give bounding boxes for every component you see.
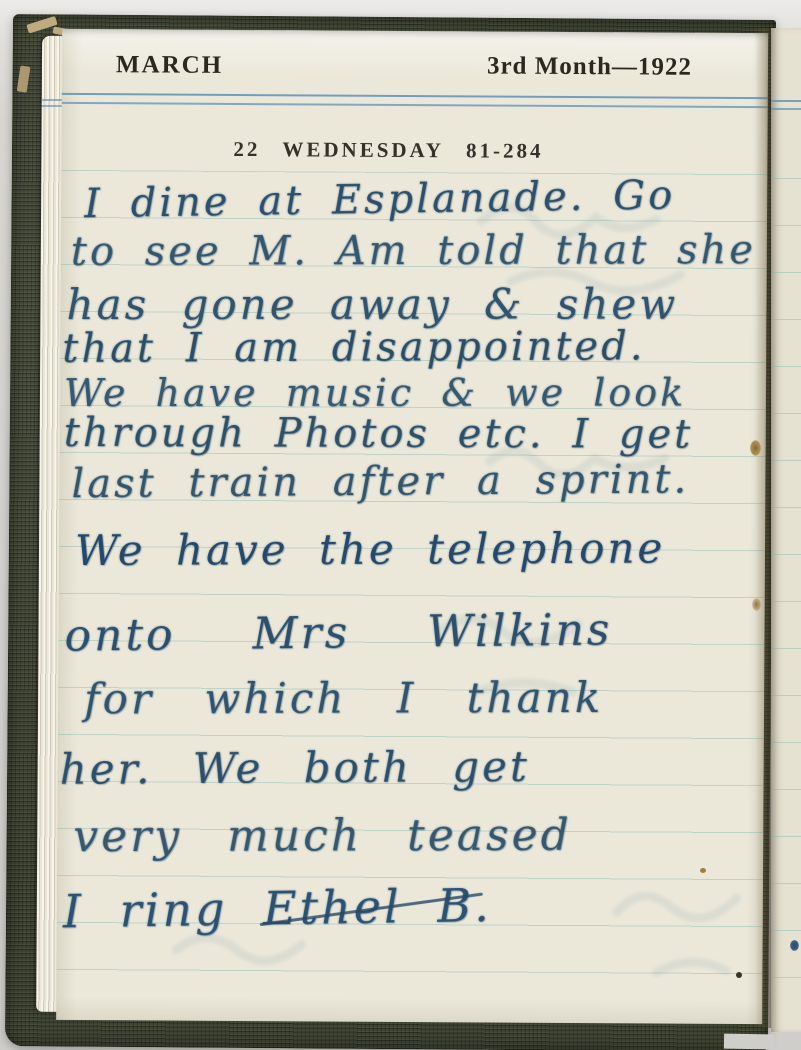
facing-page-ruled-lines <box>771 178 801 1022</box>
page-crease-shadow <box>755 28 771 1028</box>
entry-text: that I am disappointed. <box>62 323 645 372</box>
entry-text: last train after a sprint. <box>71 456 689 507</box>
entry-line: onto Mrs Wilkins <box>64 604 612 661</box>
struck-text: Ethel B <box>263 878 475 935</box>
entry-line: last train after a sprint. <box>71 456 689 507</box>
entry-text: her. We both get <box>60 742 530 794</box>
entry-line: I ring Ethel B. <box>62 878 492 938</box>
entry-line: I dine at Esplanade. Go <box>84 172 676 227</box>
page-edges-rule-marks <box>42 99 64 109</box>
entry-line: has gone away & shew <box>66 280 678 330</box>
foxing-spot <box>700 868 706 873</box>
diary-photo: MARCH 3rd Month—1922 22WEDNESDAY81-284 I… <box>0 0 801 1050</box>
diary-page: MARCH 3rd Month—1922 22WEDNESDAY81-284 I… <box>56 29 768 1024</box>
ink-dot <box>790 940 799 951</box>
entry-text: for which I thank <box>84 673 603 723</box>
speck <box>736 972 742 978</box>
entry-line: We have music & we look <box>64 371 686 416</box>
facing-page-header-rule <box>771 100 801 110</box>
entry-line: for which I thank <box>84 673 603 723</box>
foxing-spot <box>752 598 761 611</box>
entry-line: to see M. Am told that she <box>71 227 756 275</box>
entry-line: that I am disappointed. <box>62 323 645 372</box>
entry-lines: I dine at Esplanade. Goto see M. Am told… <box>56 29 768 1024</box>
entry-line: We have the telephone <box>75 523 665 575</box>
facing-page <box>771 28 801 1032</box>
entry-text: I ring <box>62 881 263 938</box>
entry-text: We have music & we look <box>64 371 686 416</box>
entry-text: . <box>474 878 492 932</box>
entry-line: through Photos etc. I get <box>64 410 694 458</box>
entry-text: to see M. Am told that she <box>71 227 756 275</box>
entry-text: through Photos etc. I get <box>64 410 694 458</box>
entry-text: very much teased <box>73 810 572 862</box>
entry-text: I dine at Esplanade. Go <box>84 172 676 227</box>
entry-line: her. We both get <box>60 742 530 794</box>
foxing-spot <box>750 440 761 456</box>
entry-text: We have the telephone <box>75 523 665 575</box>
entry-line: very much teased <box>73 810 572 862</box>
entry-text: onto Mrs Wilkins <box>64 604 612 661</box>
entry-text: has gone away & shew <box>66 280 678 330</box>
